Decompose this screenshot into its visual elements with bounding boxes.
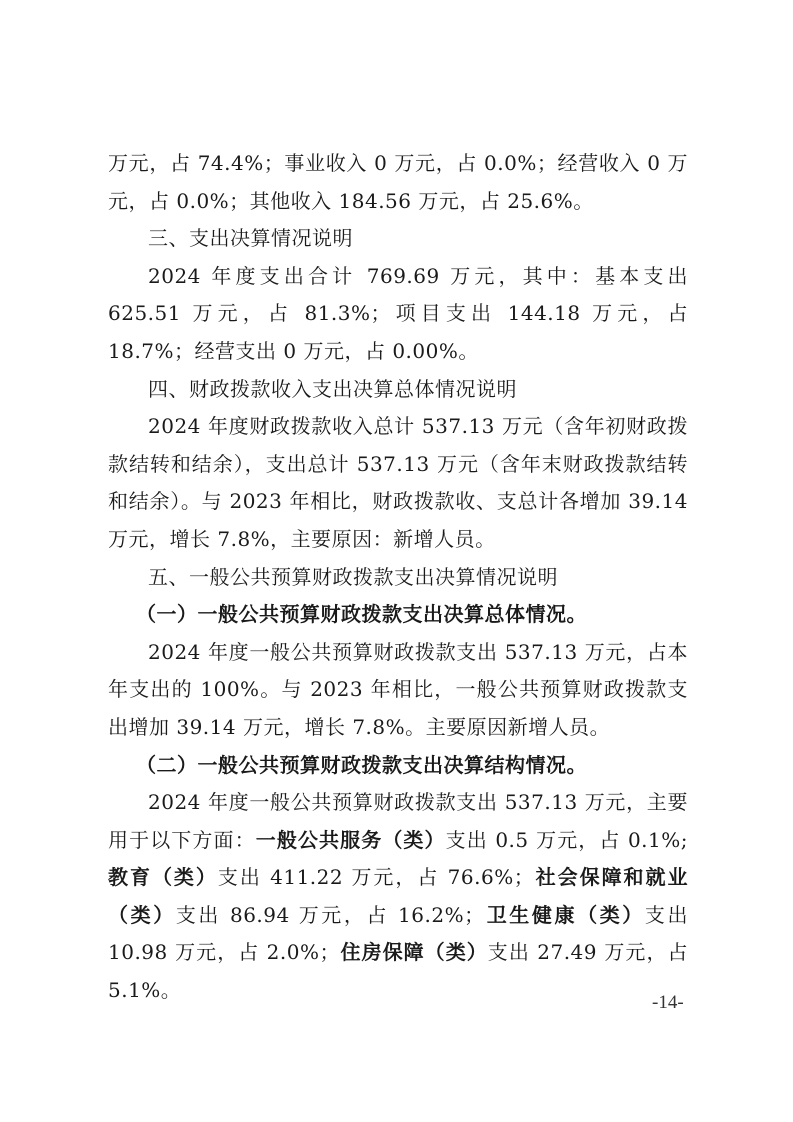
income-continuation-paragraph: 万元，占 74.4%；事业收入 0 万元，占 0.0%；经营收入 0 万元，占 …	[108, 145, 688, 220]
detail-education: 支出 411.22 万元，占 76.6%；	[218, 865, 534, 889]
general-budget-overall-paragraph: 2024 年度一般公共预算财政拨款支出 537.13 万元，占本年支出的 100…	[108, 634, 688, 747]
general-budget-structure-paragraph: 2024 年度一般公共预算财政拨款支出 537.13 万元，主要用于以下方面：一…	[108, 784, 688, 1010]
expenditure-paragraph: 2024 年度支出合计 769.69 万元，其中：基本支出 625.51 万元，…	[108, 258, 688, 371]
detail-general-public-services: 支出 0.5 万元，占 0.1%;	[446, 828, 688, 852]
subsection-2-heading: （二）一般公共预算财政拨款支出决算结构情况。	[108, 747, 688, 785]
fiscal-appropriation-paragraph: 2024 年度财政拨款收入总计 537.13 万元（含年初财政拨款结转和结余），…	[108, 408, 688, 558]
category-general-public-services: 一般公共服务（类）	[256, 828, 446, 852]
section-3-heading: 三、支出决算情况说明	[108, 220, 688, 258]
page-number: -14-	[652, 992, 684, 1014]
section-4-heading: 四、财政拨款收入支出决算总体情况说明	[108, 371, 688, 409]
section-5-heading: 五、一般公共预算财政拨款支出决算情况说明	[108, 559, 688, 597]
subsection-1-heading: （一）一般公共预算财政拨款支出决算总体情况。	[108, 596, 688, 634]
document-page: 万元，占 74.4%；事业收入 0 万元，占 0.0%；经营收入 0 万元，占 …	[108, 145, 688, 1010]
category-housing: 住房保障（类）	[340, 940, 488, 964]
category-health: 卫生健康（类）	[485, 903, 645, 927]
category-education: 教育（类）	[108, 865, 218, 889]
detail-social-security: 支出 86.94 万元，占 16.2%；	[176, 903, 485, 927]
